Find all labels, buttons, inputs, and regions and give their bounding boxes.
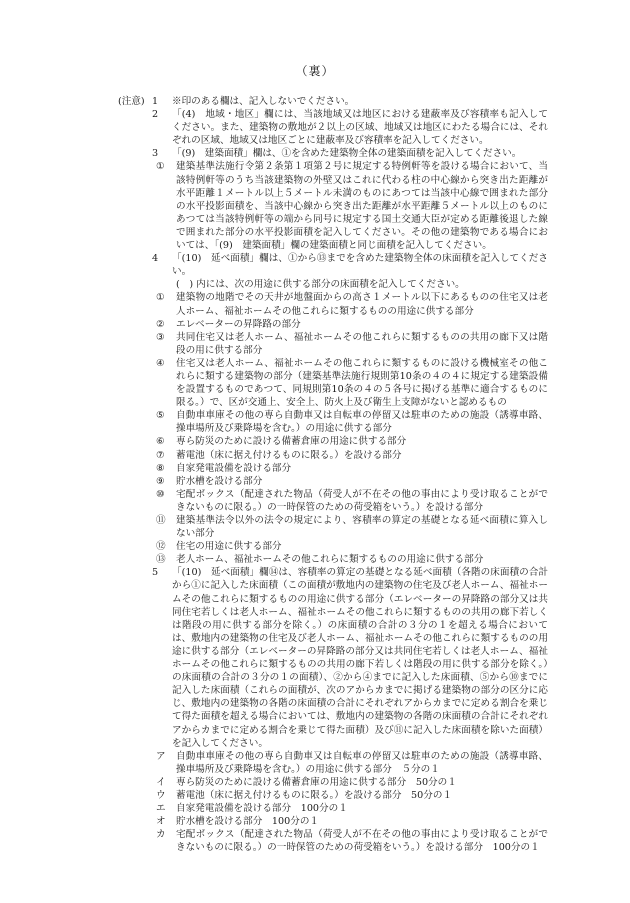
subitem-mark: オ (156, 815, 176, 828)
note-number: 2 (118, 108, 172, 147)
subitem-mark: ⑨ (156, 475, 176, 488)
page-title: （裏） (0, 62, 630, 79)
note-number: 5 (118, 566, 172, 749)
note-subitem: ⑪ 建築基準法令以外の法令の規定により、容積率の算定の基礎となる延べ面積に算入し… (118, 514, 548, 540)
subitem-text: 建築基準法施行令第２条第１項第２号に規定する特例軒等を設ける場合において、当該特… (176, 160, 548, 252)
note-number: 4 (118, 252, 172, 278)
notes-label: (注意) (118, 95, 152, 108)
note-item-2: 2 「(4) 地域・地区」欄には、当該地域又は地区における建蔽率及び容積率も記入… (118, 108, 548, 147)
note-subitem: ⑫ 住宅の用途に供する部分 (118, 540, 548, 553)
subitem-text: 自家発電設備を設ける部分 100分の１ (176, 802, 548, 815)
note-text: ※印のある欄は、記入しないでください。 (172, 95, 548, 108)
subitem-text: 宅配ボックス（配達された物品（荷受人が不在その他の事由により受け取ることができな… (176, 828, 548, 854)
subitem-mark: ウ (156, 789, 176, 802)
subitem-mark: ⑬ (156, 553, 176, 566)
notes-section: (注意) 1 ※印のある欄は、記入しないでください。 2 「(4) 地域・地区」… (118, 95, 548, 854)
subitem-mark: ア (156, 750, 176, 776)
note-subitem: ⑤ 自動車車庫その他の専ら自動車又は自転車の停留又は駐車のための施設（誘導車路、… (118, 409, 548, 435)
subitem-mark: ⑫ (156, 540, 176, 553)
note-item-4: 4 「(10) 延べ面積」欄は、①から⑬までを含めた建築物全体の床面積を記入して… (118, 252, 548, 278)
subitem-text: 専ら防災のために設ける備蓄倉庫の用途に供する部分 50分の１ (176, 776, 548, 789)
subitem-mark: ② (156, 318, 176, 331)
note-subitem: ウ 蓄電池（床に据え付けるものに限る。）を設ける部分 50分の１ (118, 789, 548, 802)
note-item-1: (注意) 1 ※印のある欄は、記入しないでください。 (118, 95, 548, 108)
note-subitem: ⑦ 蓄電池（床に据え付けるものに限る。）を設ける部分 (118, 449, 548, 462)
subitem-text: 蓄電池（床に据え付けるものに限る。）を設ける部分 (176, 449, 548, 462)
subitem-text: 建築物の地階でその天井が地盤面からの高さ１メートル以下にあるものの住宅又は老人ホ… (176, 291, 548, 317)
subitem-mark: エ (156, 802, 176, 815)
subitem-text: 住宅の用途に供する部分 (176, 540, 548, 553)
subitem-text: 自動車車庫その他の専ら自動車又は自転車の停留又は駐車のための施設（誘導車路、操車… (176, 409, 548, 435)
subitem-text: 建築基準法令以外の法令の規定により、容積率の算定の基礎となる延べ面積に算入しない… (176, 514, 548, 540)
note-intro: ( ) 内には、次の用途に供する部分の床面積を記入してください。 (118, 278, 548, 291)
note-subitem: イ 専ら防災のために設ける備蓄倉庫の用途に供する部分 50分の１ (118, 776, 548, 789)
note-subitem: ⑧ 自家発電設備を設ける部分 (118, 462, 548, 475)
note-subitem: エ 自家発電設備を設ける部分 100分の１ (118, 802, 548, 815)
note-subitem: ⑬ 老人ホーム、福祉ホームその他これらに類するものの用途に供する部分 (118, 553, 548, 566)
note-item-5: 5 「(10) 延べ面積」欄⑭は、容積率の算定の基礎となる延べ面積（各階の床面積… (118, 566, 548, 749)
subitem-text: 宅配ボックス（配達された物品（荷受人が不在その他の事由により受け取ることができな… (176, 488, 548, 514)
note-subitem: ④ 住宅又は老人ホーム、福祉ホームその他これらに類するものに設ける機械室その他こ… (118, 357, 548, 409)
note-subitem: ⑨ 貯水槽を設ける部分 (118, 475, 548, 488)
subitem-mark: ⑥ (156, 435, 176, 448)
subitem-mark: イ (156, 776, 176, 789)
note-subitem: カ 宅配ボックス（配達された物品（荷受人が不在その他の事由により受け取ることがで… (118, 828, 548, 854)
note-subitem: ① 建築基準法施行令第２条第１項第２号に規定する特例軒等を設ける場合において、当… (118, 160, 548, 252)
subitem-text: 自家発電設備を設ける部分 (176, 462, 548, 475)
note-subitem: ⑩ 宅配ボックス（配達された物品（荷受人が不在その他の事由により受け取ることがで… (118, 488, 548, 514)
subitem-text: エレベーターの昇降路の部分 (176, 318, 548, 331)
subitem-mark: ③ (156, 331, 176, 357)
subitem-text: 共同住宅又は老人ホーム、福祉ホームその他これらに類するものの共用の廊下又は階段の… (176, 331, 548, 357)
subitem-mark: ① (156, 160, 176, 252)
subitem-mark: ⑦ (156, 449, 176, 462)
note-text: 「(4) 地域・地区」欄には、当該地域又は地区における建蔽率及び容積率も記入して… (172, 108, 548, 147)
subitem-text: 自動車車庫その他の専ら自動車又は自転車の停留又は駐車のための施設（誘導車路、操車… (176, 750, 548, 776)
note-subitem: ② エレベーターの昇降路の部分 (118, 318, 548, 331)
note-subitem: オ 貯水槽を設ける部分 100分の１ (118, 815, 548, 828)
note-item-3: 3 「(9) 建築面積」欄は、①を含めた建築物全体の建築面積を記入してください。 (118, 147, 548, 160)
subitem-mark: ① (156, 291, 176, 317)
subitem-text: 専ら防災のために設ける備蓄倉庫の用途に供する部分 (176, 435, 548, 448)
note-subitem: ③ 共同住宅又は老人ホーム、福祉ホームその他これらに類するものの共用の廊下又は階… (118, 331, 548, 357)
subitem-text: 蓄電池（床に据え付けるものに限る。）を設ける部分 50分の１ (176, 789, 548, 802)
note-number: 1 (152, 95, 172, 108)
note-subitem: ⑥ 専ら防災のために設ける備蓄倉庫の用途に供する部分 (118, 435, 548, 448)
note-subitem: ア 自動車車庫その他の専ら自動車又は自転車の停留又は駐車のための施設（誘導車路、… (118, 750, 548, 776)
note-text: 「(10) 延べ面積」欄⑭は、容積率の算定の基礎となる延べ面積（各階の床面積の合… (172, 566, 548, 749)
subitem-mark: ⑩ (156, 488, 176, 514)
subitem-text: 貯水槽を設ける部分 100分の１ (176, 815, 548, 828)
note-text: 「(9) 建築面積」欄は、①を含めた建築物全体の建築面積を記入してください。 (172, 147, 548, 160)
subitem-text: 住宅又は老人ホーム、福祉ホームその他これらに類するものに設ける機械室その他これら… (176, 357, 548, 409)
subitem-mark: ⑤ (156, 409, 176, 435)
note-text: 「(10) 延べ面積」欄は、①から⑬までを含めた建築物全体の床面積を記入してくだ… (172, 252, 548, 278)
subitem-mark: ⑧ (156, 462, 176, 475)
subitem-mark: ④ (156, 357, 176, 409)
subitem-mark: カ (156, 828, 176, 854)
subitem-text: 貯水槽を設ける部分 (176, 475, 548, 488)
note-subitem: ① 建築物の地階でその天井が地盤面からの高さ１メートル以下にあるものの住宅又は老… (118, 291, 548, 317)
subitem-text: 老人ホーム、福祉ホームその他これらに類するものの用途に供する部分 (176, 553, 548, 566)
subitem-mark: ⑪ (156, 514, 176, 540)
note-number: 3 (118, 147, 172, 160)
